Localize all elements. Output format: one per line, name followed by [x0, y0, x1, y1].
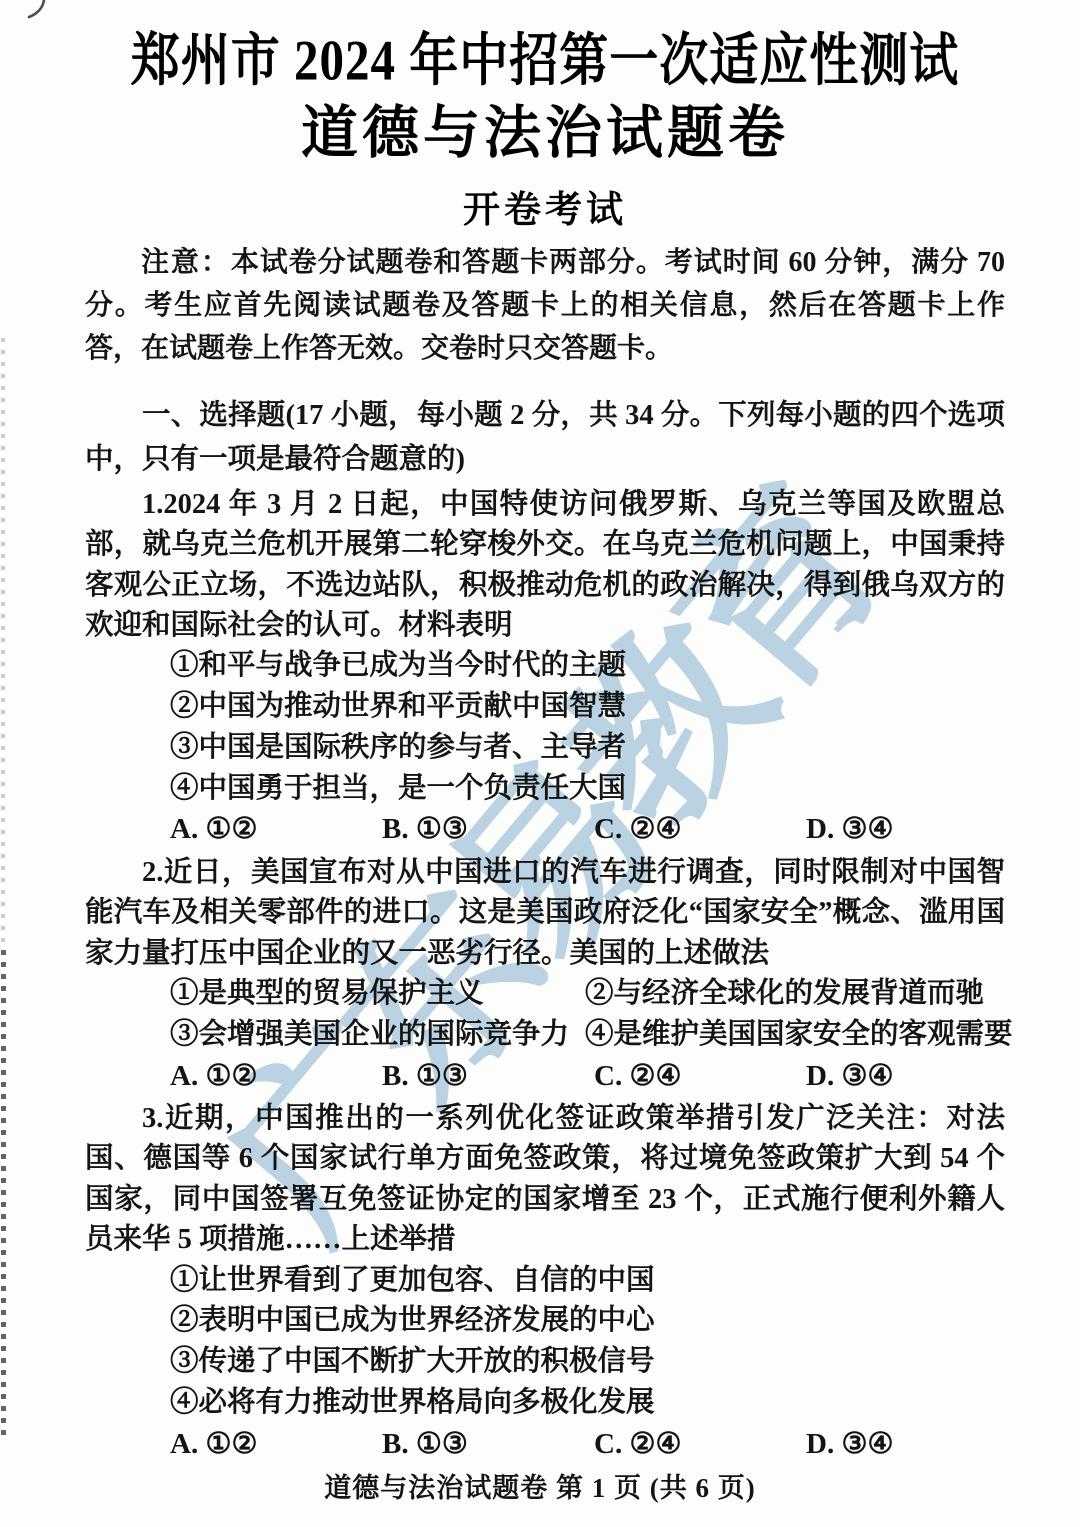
choice-a: A. ①②	[170, 1424, 382, 1465]
option-item: ②与经济全球化的发展背道而驰	[585, 974, 1013, 1015]
question-1-options: ①和平与战争已成为当今时代的主题 ②中国为推动世界和平贡献中国智慧 ③中国是国际…	[170, 646, 1005, 809]
exam-title-line2: 道德与法治试题卷	[85, 98, 1005, 169]
question-2-choices: A. ①② B. ①③ C. ②④ D. ③④	[170, 1056, 1005, 1097]
option-item: ②表明中国已成为世界经济发展的中心	[170, 1301, 1005, 1342]
question-1-stem: 1.2024 年 3 月 2 日起，中国特使访问俄罗斯、乌克兰等国及欧盟总部，就…	[85, 485, 1005, 647]
option-item: ①是典型的贸易保护主义	[170, 974, 585, 1015]
question-1-choices: A. ①② B. ①③ C. ②④ D. ③④	[170, 809, 1005, 850]
question-2: 2.近日，美国宣布对从中国进口的汽车进行调查，同时限制对中国智能汽车及相关零部件…	[85, 853, 1005, 1097]
option-item: ②中国为推动世界和平贡献中国智慧	[170, 687, 1005, 728]
option-item: ③中国是国际秩序的参与者、主导者	[170, 728, 1005, 769]
option-item: ④是维护美国国家安全的客观需要	[585, 1015, 1013, 1056]
choice-c: C. ②④	[594, 1056, 806, 1097]
exam-paper-page: 广东易教育 郑州市 2024 年中招第一次适应性测试 道德与法治试题卷 开卷考试…	[0, 0, 1080, 1527]
scan-edge-artifact-top	[1, 338, 5, 950]
choice-d: D. ③④	[806, 809, 893, 850]
page-footer: 道德与法治试题卷 第 1 页 (共 6 页)	[0, 1466, 1080, 1505]
section-heading: 一、选择题(17 小题，每小题 2 分，共 34 分。下列每小题的四个选项中，只…	[85, 394, 1005, 482]
scan-edge-artifact-bottom	[1, 950, 6, 1442]
choice-b: B. ①③	[382, 1056, 594, 1097]
question-2-stem: 2.近日，美国宣布对从中国进口的汽车进行调查，同时限制对中国智能汽车及相关零部件…	[85, 853, 1005, 974]
question-3-choices: A. ①② B. ①③ C. ②④ D. ③④	[170, 1424, 1005, 1465]
question-3-options: ①让世界看到了更加包容、自信的中国 ②表明中国已成为世界经济发展的中心 ③传递了…	[170, 1261, 1005, 1424]
pen-mark-icon	[26, 0, 52, 22]
page-content: 郑州市 2024 年中招第一次适应性测试 道德与法治试题卷 开卷考试 注意：本试…	[0, 0, 1080, 1465]
option-item: ③会增强美国企业的国际竞争力	[170, 1015, 585, 1056]
notice-paragraph: 注意：本试卷分试题卷和答题卡两部分。考试时间 60 分钟，满分 70 分。考生应…	[85, 241, 1005, 370]
notice-label: 注意：	[141, 247, 231, 278]
choice-b: B. ①③	[382, 1424, 594, 1465]
choice-b: B. ①③	[382, 809, 594, 850]
choice-a: A. ①②	[170, 1056, 382, 1097]
exam-type-label: 开卷考试	[85, 179, 1005, 233]
option-item: ①让世界看到了更加包容、自信的中国	[170, 1261, 1005, 1302]
question-3-stem: 3.近期，中国推出的一系列优化签证政策举措引发广泛关注：对法国、德国等 6 个国…	[85, 1099, 1005, 1261]
option-item: ①和平与战争已成为当今时代的主题	[170, 646, 1005, 687]
exam-title-line1: 郑州市 2024 年中招第一次适应性测试	[85, 24, 1005, 98]
choice-c: C. ②④	[594, 1424, 806, 1465]
option-item: ③传递了中国不断扩大开放的积极信号	[170, 1342, 1005, 1383]
choice-c: C. ②④	[594, 809, 806, 850]
choice-d: D. ③④	[806, 1424, 893, 1465]
option-item: ④必将有力推动世界格局向多极化发展	[170, 1383, 1005, 1424]
choice-d: D. ③④	[806, 1056, 893, 1097]
question-1: 1.2024 年 3 月 2 日起，中国特使访问俄罗斯、乌克兰等国及欧盟总部，就…	[85, 485, 1005, 851]
question-2-options: ①是典型的贸易保护主义 ②与经济全球化的发展背道而驰 ③会增强美国企业的国际竞争…	[170, 974, 1005, 1056]
choice-a: A. ①②	[170, 809, 382, 850]
question-3: 3.近期，中国推出的一系列优化签证政策举措引发广泛关注：对法国、德国等 6 个国…	[85, 1099, 1005, 1465]
option-item: ④中国勇于担当，是一个负责任大国	[170, 769, 1005, 810]
